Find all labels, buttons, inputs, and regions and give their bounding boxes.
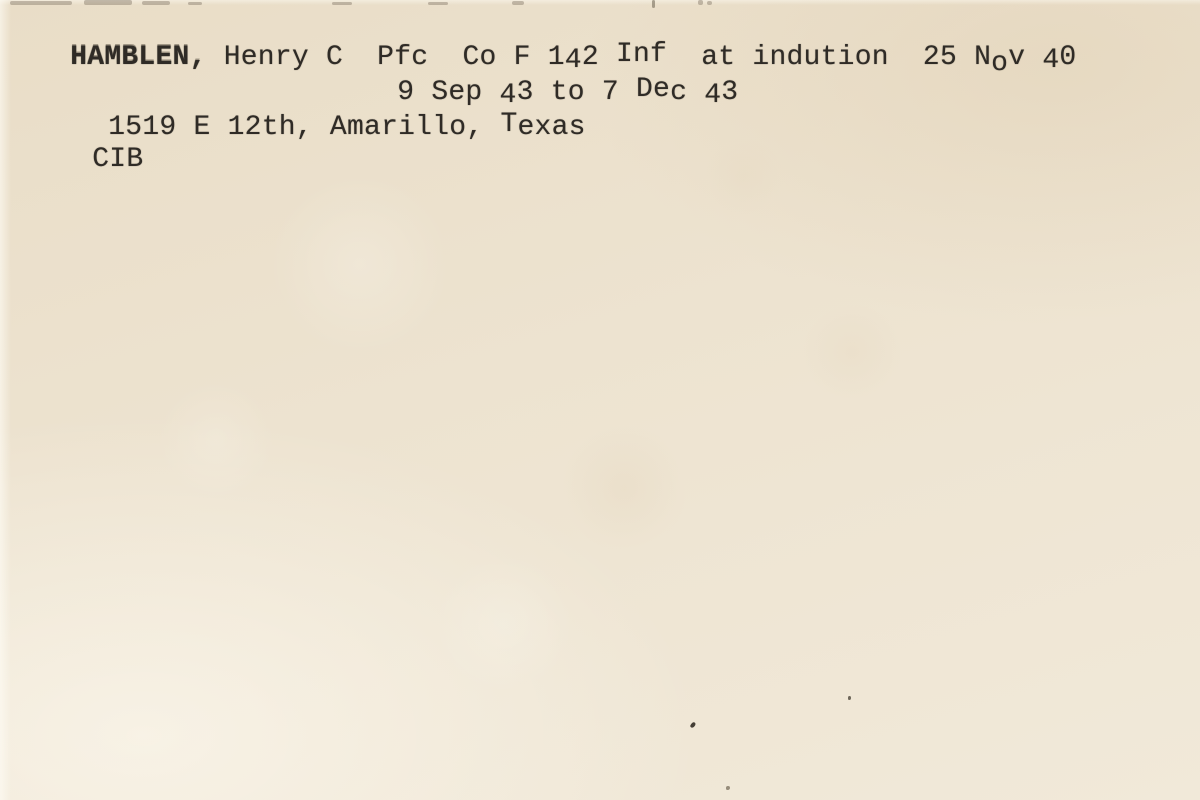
typewriter-digit-4: 4	[704, 80, 721, 112]
ghost-strike-mark	[428, 2, 448, 5]
year-text: 0	[1059, 42, 1076, 74]
surname-text: HAMBLEN,	[70, 42, 206, 74]
service-dates-text: 3	[721, 77, 738, 109]
dec-text: c	[670, 77, 704, 109]
ghost-strike-mark	[142, 1, 170, 5]
ghost-strike-mark	[652, 0, 655, 8]
award-text: CIB	[92, 144, 143, 176]
ghost-strike-mark	[10, 1, 72, 5]
scan-edge-highlight-left	[0, 0, 11, 800]
typewriter-digit-4: 4	[1042, 45, 1059, 77]
address-text: 1519 E 12th, Amarillo,	[108, 112, 500, 144]
address-text: exas	[518, 112, 586, 144]
nov-subscript-o-text: o	[991, 48, 1008, 80]
ghost-strike-mark	[332, 2, 352, 5]
ghost-strike-mark	[707, 1, 712, 5]
given-name-text: Henry C	[207, 42, 343, 74]
ghost-strike-mark	[512, 1, 524, 5]
dec-raised-text: De	[636, 74, 670, 106]
typed-line-award: CIB	[24, 112, 143, 208]
nov-v-text: v	[1008, 42, 1042, 74]
ghost-strike-mark	[188, 2, 202, 5]
index-card: HAMBLEN, Henry C Pfc Co F 142 Inf at ind…	[0, 0, 1200, 800]
ghost-strike-mark	[698, 0, 703, 5]
scan-edge-highlight-top	[0, 0, 1200, 5]
ghost-strike-mark	[84, 0, 132, 5]
texas-raised-t-text: T	[500, 109, 517, 141]
